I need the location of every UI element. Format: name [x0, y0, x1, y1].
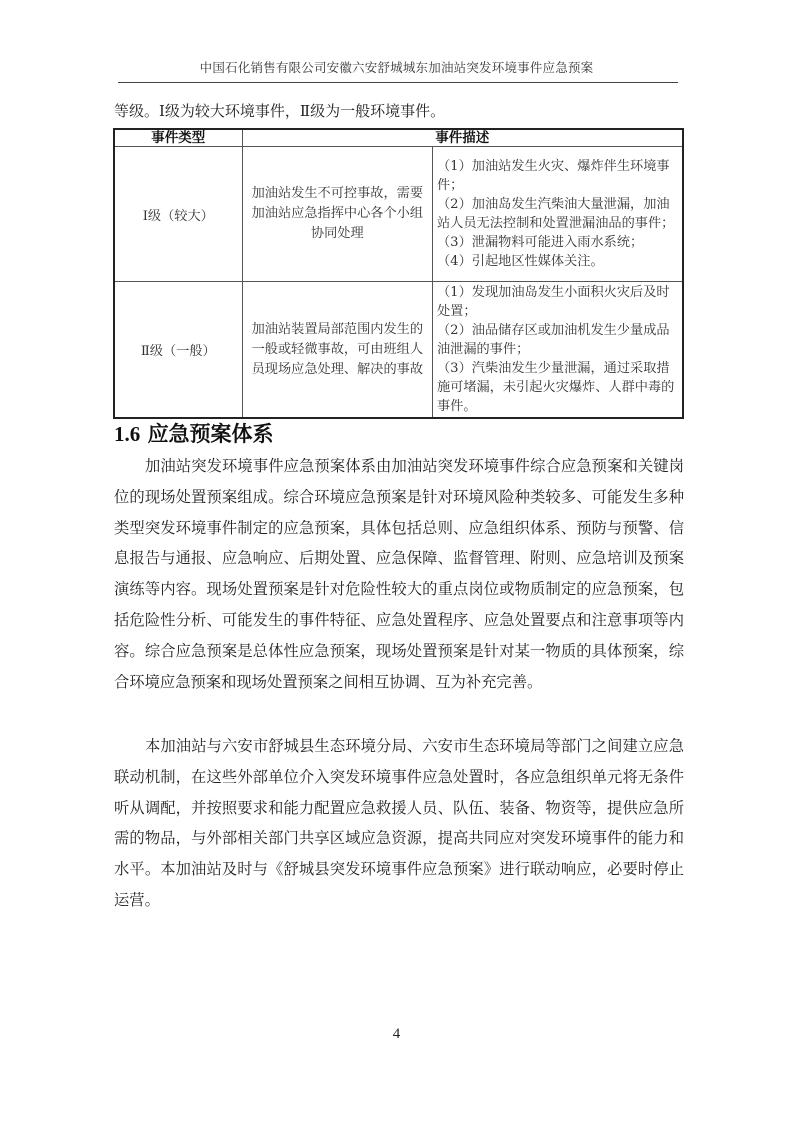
page-number: 4	[0, 1026, 793, 1043]
table-row: Ⅱ级（一般） 加油站装置局部范围内发生的一般或轻微事故，可由班组人员现场应急处理…	[114, 282, 683, 419]
event-details-cell: （1）发现加油岛发生小面积火灾后及时处置； （2）油品储存区或加油机发生少量成品…	[433, 282, 684, 419]
event-summary-cell: 加油站发生不可控事故，需要加油站应急指挥中心各个小组协同处理	[242, 147, 432, 282]
detail-item: （3）泄漏物料可能进入雨水系统；	[437, 233, 678, 252]
running-header: 中国石化销售有限公司安徽六安舒城城东加油站突发环境事件应急预案	[0, 58, 793, 76]
detail-item: （1）发现加油岛发生小面积火灾后及时处置；	[437, 283, 678, 321]
event-level-table: 事件类型 事件描述 Ⅰ级（较大） 加油站发生不可控事故，需要加油站应急指挥中心各…	[113, 128, 684, 419]
detail-item: （4）引起地区性媒体关注。	[437, 252, 678, 271]
header-event-type: 事件类型	[114, 129, 242, 147]
header-event-description: 事件描述	[242, 129, 683, 147]
section-heading: 1.6 应急预案体系	[114, 418, 274, 448]
intro-text: 等级。Ⅰ级为较大环境事件，Ⅱ级为一般环境事件。	[114, 100, 445, 121]
section-number: 1.6	[114, 422, 140, 446]
detail-item: （1）加油站发生火灾、爆炸伴生环境事件；	[437, 157, 678, 195]
detail-item: （2）加油岛发生汽柴油大量泄漏，加油站人员无法控制和处置泄漏油品的事件；	[437, 195, 678, 233]
detail-item: （3）汽柴油发生少量泄漏，通过采取措施可堵漏，未引起火灾爆炸、人群中毒的事件。	[437, 359, 678, 416]
table-header-row: 事件类型 事件描述	[114, 129, 683, 147]
table-row: Ⅰ级（较大） 加油站发生不可控事故，需要加油站应急指挥中心各个小组协同处理 （1…	[114, 147, 683, 282]
detail-item: （2）油品储存区或加油机发生少量成品油泄漏的事件；	[437, 321, 678, 359]
event-details-cell: （1）加油站发生火灾、爆炸伴生环境事件； （2）加油岛发生汽柴油大量泄漏，加油站…	[433, 147, 684, 282]
paragraph: 本加油站与六安市舒城县生态环境分局、六安市生态环境局等部门之间建立应急联动机制，…	[114, 731, 684, 916]
paragraph: 加油站突发环境事件应急预案体系由加油站突发环境事件综合应急预案和关键岗位的现场处…	[114, 451, 684, 697]
event-summary-cell: 加油站装置局部范围内发生的一般或轻微事故，可由班组人员现场应急处理、解决的事故	[242, 282, 432, 419]
section-title-text: 应急预案体系	[148, 421, 274, 446]
event-type-cell: Ⅱ级（一般）	[114, 282, 242, 419]
event-type-cell: Ⅰ级（较大）	[114, 147, 242, 282]
header-divider	[118, 82, 678, 83]
